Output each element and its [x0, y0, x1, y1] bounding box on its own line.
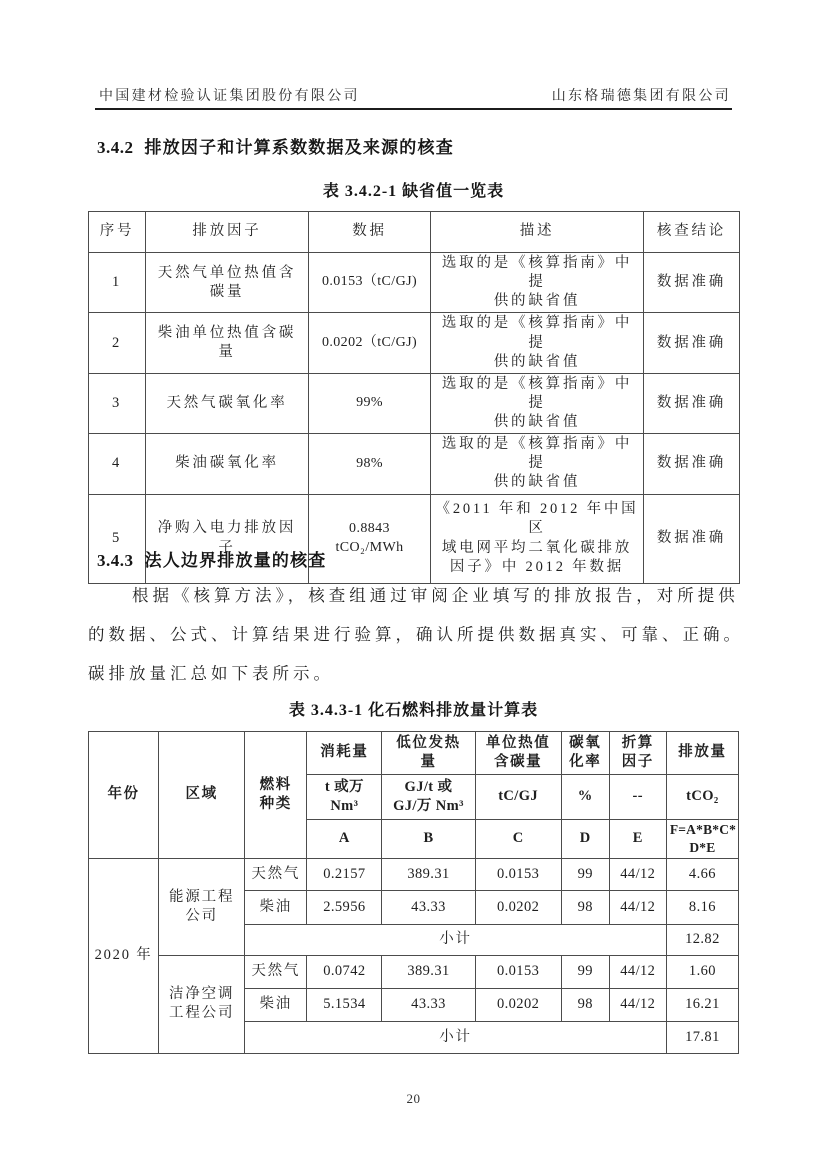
- value-cell: 0.0153（tC/GJ): [309, 253, 431, 313]
- seq-cell: 2: [89, 313, 146, 373]
- table-row: 2020 年 能源工程 公司 天然气 0.2157 389.31 0.0153 …: [89, 858, 739, 890]
- letter-c: C: [475, 820, 561, 859]
- table-row: 1 天然气单位热值含 碳量 0.0153（tC/GJ) 选取的是《核算指南》中提…: [89, 253, 740, 313]
- col-header-consumption: 消耗量: [307, 732, 382, 775]
- region-cell: 能源工程 公司: [159, 858, 245, 955]
- table2-title: 表 3.4.3-1 化石燃料排放量计算表: [88, 697, 739, 720]
- subtotal-label-cell: 小计: [245, 1021, 667, 1053]
- body-paragraph: 根据《核算方法》，核查组通过审阅企业填写的排放报告，对所提供 的数据、公式、计算…: [88, 576, 737, 693]
- ncv-cell: 43.33: [382, 988, 475, 1021]
- unit-carbon-content: tC/GJ: [475, 775, 561, 820]
- col-header-region: 区域: [159, 732, 245, 859]
- ncv-cell: 389.31: [382, 955, 475, 988]
- subtotal-value-cell: 17.81: [666, 1021, 738, 1053]
- subtotal-value-cell: 12.82: [666, 924, 738, 955]
- carbon-content-cell: 0.0202: [475, 890, 561, 924]
- oxidation-cell: 98: [561, 988, 609, 1021]
- desc-cell: 选取的是《核算指南》中提 供的缺省值: [431, 434, 644, 494]
- emission-cell: 4.66: [666, 858, 738, 890]
- fuel-cell: 天然气: [245, 955, 307, 988]
- table-row: 2 柴油单位热值含碳 量 0.0202（tC/GJ) 选取的是《核算指南》中提 …: [89, 313, 740, 373]
- col-header-year: 年份: [89, 732, 159, 859]
- fuel-cell: 柴油: [245, 890, 307, 924]
- header-left-company: 中国建材检验认证集团股份有限公司: [99, 85, 360, 105]
- oxidation-cell: 99: [561, 955, 609, 988]
- factor-cell: 柴油碳氧化率: [146, 434, 309, 494]
- header-rule: [95, 108, 732, 110]
- unit-consumption: t 或万 Nm³: [307, 775, 382, 820]
- conclusion-cell: 数据准确: [644, 313, 740, 373]
- section-heading-342: 3.4.2排放因子和计算系数数据及来源的核查: [97, 133, 454, 158]
- year-cell: 2020 年: [89, 858, 159, 1053]
- table-row: 3 天然气碳氧化率 99% 选取的是《核算指南》中提 供的缺省值 数据准确: [89, 373, 740, 433]
- factor-cell: 天然气单位热值含 碳量: [146, 253, 309, 313]
- emission-cell: 1.60: [666, 955, 738, 988]
- ncv-cell: 389.31: [382, 858, 475, 890]
- section-heading-343: 3.4.3法人边界排放量的核查: [97, 546, 327, 571]
- section-number: 3.4.2: [97, 138, 134, 157]
- table-header-row: 年份 区域 燃料 种类 消耗量 低位发热 量 单位热值 含碳量 碳氧 化率 折算…: [89, 732, 739, 775]
- letter-d: D: [561, 820, 609, 859]
- conclusion-cell: 数据准确: [644, 494, 740, 583]
- conclusion-cell: 数据准确: [644, 373, 740, 433]
- section-title: 排放因子和计算系数数据及来源的核查: [145, 138, 454, 157]
- fuel-cell: 天然气: [245, 858, 307, 890]
- col-header-desc: 描述: [431, 212, 644, 253]
- page-header: 中国建材检验认证集团股份有限公司 山东格瑞德集团有限公司: [99, 85, 731, 105]
- letter-b: B: [382, 820, 475, 859]
- paragraph-line: 碳排放量汇总如下表所示。: [88, 654, 737, 693]
- factor-cell: 柴油单位热值含碳 量: [146, 313, 309, 373]
- unit-conversion: --: [609, 775, 666, 820]
- paragraph-line: 根据《核算方法》，核查组通过审阅企业填写的排放报告，对所提供: [88, 576, 737, 615]
- header-right-company: 山东格瑞德集团有限公司: [552, 85, 731, 105]
- unit-ncv: GJ/t 或 GJ/万 Nm³: [382, 775, 475, 820]
- unit-oxidation: %: [561, 775, 609, 820]
- consumption-cell: 0.2157: [307, 858, 382, 890]
- section-title: 法人边界排放量的核查: [145, 551, 327, 570]
- consumption-cell: 2.5956: [307, 890, 382, 924]
- conversion-cell: 44/12: [609, 858, 666, 890]
- consumption-cell: 0.0742: [307, 955, 382, 988]
- conversion-cell: 44/12: [609, 988, 666, 1021]
- seq-cell: 1: [89, 253, 146, 313]
- col-header-factor: 排放因子: [146, 212, 309, 253]
- paragraph-line: 的数据、公式、计算结果进行验算，确认所提供数据真实、可靠、正确。: [88, 615, 737, 654]
- desc-cell: 选取的是《核算指南》中提 供的缺省值: [431, 313, 644, 373]
- carbon-content-cell: 0.0153: [475, 858, 561, 890]
- emission-cell: 8.16: [666, 890, 738, 924]
- section-number: 3.4.3: [97, 551, 134, 570]
- ncv-cell: 43.33: [382, 890, 475, 924]
- conversion-cell: 44/12: [609, 955, 666, 988]
- col-header-ncv: 低位发热 量: [382, 732, 475, 775]
- col-header-carbon-content: 单位热值 含碳量: [475, 732, 561, 775]
- document-page: 中国建材检验认证集团股份有限公司 山东格瑞德集团有限公司 3.4.2排放因子和计…: [0, 0, 827, 1169]
- letter-e: E: [609, 820, 666, 859]
- table-row: 4 柴油碳氧化率 98% 选取的是《核算指南》中提 供的缺省值 数据准确: [89, 434, 740, 494]
- factor-cell: 天然气碳氧化率: [146, 373, 309, 433]
- col-header-emission: 排放量: [666, 732, 738, 775]
- oxidation-cell: 98: [561, 890, 609, 924]
- seq-cell: 3: [89, 373, 146, 433]
- letter-a: A: [307, 820, 382, 859]
- col-header-value: 数据: [309, 212, 431, 253]
- conversion-cell: 44/12: [609, 890, 666, 924]
- desc-cell: 选取的是《核算指南》中提 供的缺省值: [431, 373, 644, 433]
- value-cell: 98%: [309, 434, 431, 494]
- page-number: 20: [0, 1091, 827, 1107]
- consumption-cell: 5.1534: [307, 988, 382, 1021]
- desc-cell: 《2011 年和 2012 年中国区 域电网平均二氧化碳排放 因子》中 2012…: [431, 494, 644, 583]
- table-row: 洁净空调 工程公司 天然气 0.0742 389.31 0.0153 99 44…: [89, 955, 739, 988]
- conclusion-cell: 数据准确: [644, 434, 740, 494]
- col-header-conversion: 折算 因子: [609, 732, 666, 775]
- table-header-row: 序号 排放因子 数据 描述 核查结论: [89, 212, 740, 253]
- emission-cell: 16.21: [666, 988, 738, 1021]
- table1-title: 表 3.4.2-1 缺省值一览表: [88, 178, 739, 201]
- value-cell: 0.8843 tCO₂/MWh: [309, 494, 431, 583]
- col-header-fuel: 燃料 种类: [245, 732, 307, 859]
- subtotal-label-cell: 小计: [245, 924, 667, 955]
- region-cell: 洁净空调 工程公司: [159, 955, 245, 1053]
- conclusion-cell: 数据准确: [644, 253, 740, 313]
- oxidation-cell: 99: [561, 858, 609, 890]
- default-values-table: 序号 排放因子 数据 描述 核查结论 1 天然气单位热值含 碳量 0.0153（…: [88, 211, 740, 584]
- col-header-conclusion: 核查结论: [644, 212, 740, 253]
- formula-cell: F=A*B*C* D*E: [666, 820, 738, 859]
- seq-cell: 4: [89, 434, 146, 494]
- carbon-content-cell: 0.0153: [475, 955, 561, 988]
- value-cell: 0.0202（tC/GJ): [309, 313, 431, 373]
- col-header-no: 序号: [89, 212, 146, 253]
- desc-cell: 选取的是《核算指南》中提 供的缺省值: [431, 253, 644, 313]
- value-cell: 99%: [309, 373, 431, 433]
- fuel-cell: 柴油: [245, 988, 307, 1021]
- carbon-content-cell: 0.0202: [475, 988, 561, 1021]
- col-header-oxidation: 碳氧 化率: [561, 732, 609, 775]
- unit-emission: tCO₂: [666, 775, 738, 820]
- fossil-fuel-emissions-table: 年份 区域 燃料 种类 消耗量 低位发热 量 单位热值 含碳量 碳氧 化率 折算…: [88, 731, 739, 1054]
